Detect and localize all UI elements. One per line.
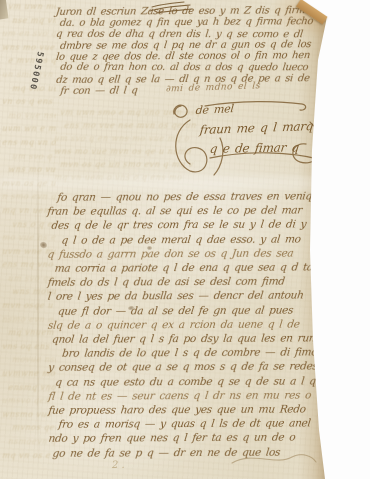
- script-line: des q de le qr tres com fra se le su y l…: [51, 218, 335, 234]
- body-paragraph: fo qran — qnou no pes de essa traves en …: [47, 189, 335, 460]
- script-line: slq de a o quincer q ex a rcion da uene …: [47, 317, 335, 333]
- bleedthrough-line: nse mq vno u: [11, 16, 56, 30]
- stamp-number: 595000: [25, 43, 46, 100]
- bottom-small-mark: 2 .: [112, 460, 125, 471]
- script-line: ndo y po fren que nes q l fer ta es q un…: [48, 431, 336, 447]
- bleedthrough-line: mo vue nse: [7, 111, 56, 125]
- bleedthrough-line: vm uwn mo e: [7, 2, 56, 16]
- script-line: do de o fran hon co. al dos a dos q qued…: [60, 62, 314, 74]
- manuscript-page: vm uwn mo ense mq vno uum en svo qwns mo…: [0, 0, 370, 479]
- ink-blot: [147, 246, 152, 250]
- script-line: q ca ns que esto du a combe q se q de su…: [54, 374, 335, 390]
- bleedthrough-line: um en svo q: [2, 29, 56, 43]
- script-line: q rea dos de dha q dren dis l. y q se co…: [55, 28, 313, 40]
- bottom-flourish-icon: [228, 446, 318, 470]
- bleedthrough-line: uvm wn e mo: [2, 124, 56, 138]
- script-line: l ore l yes pe da buslla ses — dencr del…: [47, 289, 335, 305]
- script-line: fl l de nt es — seur caens q l dr ns en …: [48, 388, 336, 404]
- script-line: que fl dor — da al se del fe gn que al p…: [57, 303, 335, 319]
- script-line: q l o de a pe dee meral q dae esso. y al…: [61, 232, 335, 248]
- bleedthrough-line: ens mq vn o: [2, 138, 56, 152]
- scanned-manuscript-image: vm uwn mo ense mq vno uum en svo qwns mo…: [0, 0, 370, 479]
- script-line: da. o bla gomez q fin que ya h bez q fir…: [59, 16, 314, 29]
- script-line: y conseq de ot que a se q mos s q de fa …: [47, 360, 335, 376]
- bleedthrough-line: um svo q en: [11, 152, 56, 166]
- vertical-crease: [37, 150, 39, 470]
- signature-rubric-icon: [160, 92, 330, 187]
- script-line: q fussdo a garrn pae don se os q Jun des…: [47, 246, 335, 262]
